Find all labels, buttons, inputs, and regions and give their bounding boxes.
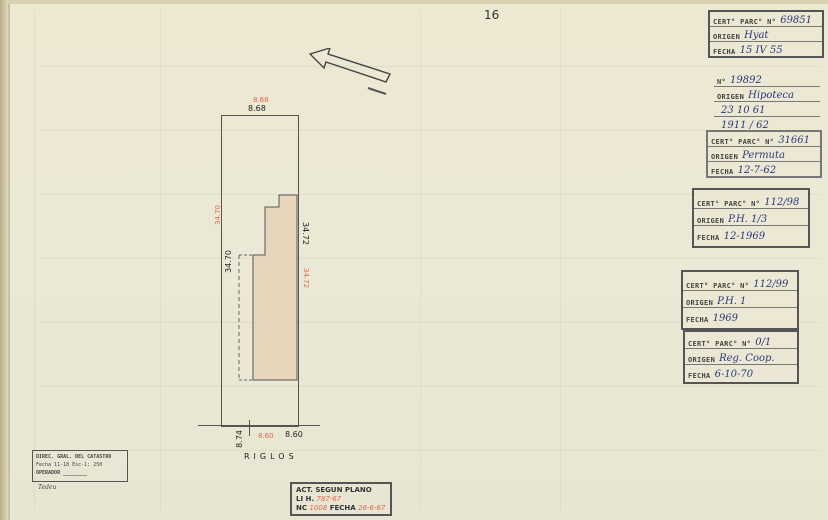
street-line: [198, 425, 320, 426]
act-stamp-line2: LI H. 787-67: [296, 495, 386, 504]
stamp-value: Hipoteca: [748, 90, 794, 101]
stamp-value: 112/98: [764, 197, 799, 208]
stamp-label: FECHA: [688, 372, 711, 380]
stamp-label: CERT° PARC° N°: [686, 282, 749, 290]
act-stamp-date: 26-6-67: [358, 504, 385, 512]
stamp-label: CERT° PARC° N°: [713, 18, 776, 26]
bottom-dimension-red: 8.60: [258, 432, 274, 440]
stamp-value: 12-7-62: [738, 165, 777, 176]
stamp-label: ORIGEN: [686, 299, 713, 307]
parcel-certificate-stamp-1: CERT° PARC° N°69851 ORIGENHyat FECHA15 I…: [708, 10, 824, 58]
stamp-value: Permuta: [742, 150, 785, 161]
stamp-value: 23 10 61: [721, 105, 766, 116]
corner-distance: 8.74: [235, 430, 244, 448]
act-stamp-value: 787-67: [316, 495, 341, 503]
corner-tick: [249, 420, 250, 436]
stamp-value: 1969: [713, 313, 738, 324]
cadastre-office-stamp: DIREC. GRAL. DEL CATASTRO Fecha 11-18 Es…: [32, 450, 128, 482]
grid-line: [160, 10, 161, 510]
grid-line: [40, 386, 820, 387]
grid-line: [420, 10, 421, 510]
act-stamp-label: FECHA: [330, 504, 356, 512]
page-top-edge: [8, 0, 828, 4]
document-sheet: [8, 0, 828, 520]
grid-line: [40, 450, 820, 451]
stamp-value: 0/1: [755, 337, 771, 348]
grid-line: [560, 10, 561, 510]
parcel-certificate-stamp-4: CERT° PARC° N°112/98 ORIGENP.H. 1/3 FECH…: [692, 188, 810, 248]
act-stamp-line3: NC 1008 FECHA 26-6-67: [296, 504, 386, 513]
parcel-certificate-stamp-3: CERT° PARC° N°31661 ORIGENPermuta FECHA1…: [706, 130, 822, 178]
stamp-label: N°: [717, 78, 726, 86]
street-name: RIGLOS: [244, 452, 298, 461]
stamp-value: 6-10-70: [715, 369, 754, 380]
act-stamp-title: ACT. SEGUN PLANO: [296, 486, 386, 495]
page-number: 16: [484, 8, 499, 22]
stamp-label: ORIGEN: [697, 217, 724, 225]
stamp-value: P.H. 1: [717, 296, 746, 307]
parcel-certificate-stamp-6: CERT° PARC° N°0/1 ORIGENReg. Coop. FECHA…: [683, 330, 799, 384]
parcel-certificate-stamp-2: N°19892 ORIGENHipoteca 23 10 61 1911 / 6…: [712, 70, 822, 133]
grid-line: [40, 66, 820, 67]
stamp-label: ORIGEN: [711, 153, 738, 161]
stamp-label: FECHA: [686, 316, 709, 324]
stamp-value: P.H. 1/3: [728, 214, 767, 225]
stamp-label: CERT° PARC° N°: [697, 200, 760, 208]
bottom-dimension: 8.60: [285, 430, 303, 439]
stamp-label: CERT° PARC° N°: [711, 138, 774, 146]
stamp-label: FECHA: [711, 168, 734, 176]
stamp-label: ORIGEN: [717, 93, 744, 101]
act-stamp-number: 1008: [309, 504, 327, 512]
stamp-value: 112/99: [753, 279, 788, 290]
stamp-value: 31661: [778, 135, 810, 146]
page-binding-edge: [0, 0, 8, 520]
left-dimension: 34.70: [224, 250, 233, 273]
office-stamp-line3: OPERADOR ________: [36, 469, 124, 477]
right-dimension-red: 34.72: [302, 268, 310, 288]
north-arrow-icon: [308, 48, 398, 98]
office-signature: Tedeu: [38, 484, 56, 491]
parcel-certificate-stamp-5: CERT° PARC° N°112/99 ORIGENP.H. 1 FECHA1…: [681, 270, 799, 330]
grid-line: [34, 10, 35, 510]
act-stamp-label: LI H.: [296, 495, 314, 503]
top-dimension: 8.68: [248, 104, 266, 113]
right-dimension: 34.72: [301, 222, 310, 245]
stamp-value: 19892: [730, 75, 762, 86]
stamp-label: FECHA: [697, 234, 720, 242]
stamp-value: 69851: [780, 15, 812, 26]
stamp-value: Hyat: [744, 30, 768, 41]
stamp-value: Reg. Coop.: [719, 353, 774, 364]
stamp-value: 15 IV 55: [740, 45, 783, 56]
stamp-label: CERT° PARC° N°: [688, 340, 751, 348]
office-stamp-line1: DIREC. GRAL. DEL CATASTRO: [36, 453, 124, 461]
act-stamp-prefix: NC: [296, 504, 307, 512]
top-dimension-red: 8.68: [253, 96, 269, 104]
grid-line: [40, 130, 820, 131]
office-stamp-line2: Fecha 11-18 Esc-1: 250: [36, 461, 124, 469]
stamp-label: FECHA: [713, 48, 736, 56]
stamp-label: ORIGEN: [713, 33, 740, 41]
update-plan-stamp: ACT. SEGUN PLANO LI H. 787-67 NC 1008 FE…: [290, 482, 392, 516]
stamp-label: ORIGEN: [688, 356, 715, 364]
grid-line: [40, 258, 820, 259]
left-dimension-red: 34.70: [214, 205, 222, 225]
stamp-value: 12-1969: [724, 231, 766, 242]
